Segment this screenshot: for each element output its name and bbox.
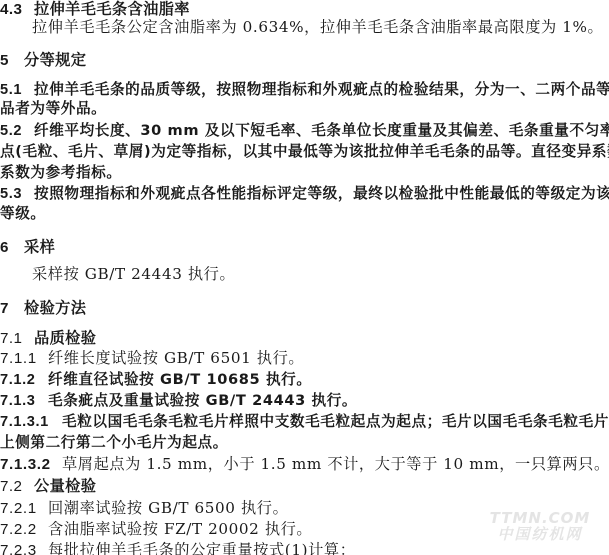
section-heading-7: 7检验方法 (0, 299, 606, 318)
clause-text: 毛条疵点及重量试验按 GB/T 24443 执行。 (48, 392, 357, 409)
clause-text: 拉伸羊毛毛条的品质等级，按照物理指标和外观疵点的检验结果，分为一、二两个品等。超… (34, 81, 609, 98)
watermark-line-1: TTMN.COM (480, 510, 600, 526)
subsection-title: 品质检验 (34, 329, 96, 347)
clause-number: 7.1.3 (0, 392, 48, 410)
section-heading-5: 5分等规定 (0, 51, 606, 70)
clause-7-2-3: 7.2.3每批拉伸羊毛毛条的公定重量按式(1)计算： (0, 541, 606, 555)
section-title: 分等规定 (24, 51, 86, 69)
clause-number: 7.1.3.1 (0, 413, 62, 431)
clause-7-1-3-2: 7.1.3.2草屑起点为 1.5 mm，小于 1.5 mm 不计，大于等于 10… (0, 455, 606, 474)
clause-5-3: 5.3按照物理指标和外观疵点各性能指标评定等级，最终以检验批中性能最低的等级定为… (0, 185, 606, 203)
clause-5-1: 5.1拉伸羊毛毛条的品质等级，按照物理指标和外观疵点的检验结果，分为一、二两个品… (0, 81, 606, 99)
section-title: 拉伸羊毛毛条含油脂率 (34, 0, 190, 18)
clause-number: 5.3 (0, 185, 34, 203)
clause-number: 7.1.3.2 (0, 456, 62, 474)
clause-text: 按照物理指标和外观疵点各性能指标评定等级，最终以检验批中性能最低的等级定为该批产… (34, 185, 609, 202)
clause-7-1-3: 7.1.3毛条疵点及重量试验按 GB/T 24443 执行。 (0, 392, 606, 410)
clause-text: 含油脂率试验按 FZ/T 20002 执行。 (48, 520, 312, 538)
clause-7-1-3-1: 7.1.3.1毛粒以国毛毛条毛粒毛片样照中支数毛毛粒起点为起点；毛片以国毛毛条毛… (0, 413, 606, 431)
clause-number: 7.1.1 (0, 350, 48, 368)
section-heading-4-3: 4.3拉伸羊毛毛条含油脂率 (0, 0, 606, 19)
clause-7-1-2: 7.1.2纤维直径试验按 GB/T 10685 执行。 (0, 371, 606, 389)
clause-continuation: 系数为参考指标。 (0, 164, 606, 182)
body-line: 采样按 GB/T 24443 执行。 (0, 265, 609, 283)
section-number: 6 (0, 239, 24, 257)
section-number: 5 (0, 52, 24, 70)
clause-number: 7.2.2 (0, 521, 48, 539)
clause-text: 纤维平均长度、30 mm 及以下短毛率、毛条单位长度重量及其偏差、毛条重量不匀率… (34, 122, 609, 139)
clause-number: 7.1.2 (0, 371, 48, 389)
subsection-number: 7.1 (0, 330, 34, 348)
clause-continuation: 上侧第二行第二个小毛片为起点。 (0, 434, 606, 452)
clause-number: 5.1 (0, 81, 34, 99)
section-number: 7 (0, 300, 24, 318)
watermark: TTMN.COM 中国纺机网 (480, 510, 600, 542)
clause-text: 草屑起点为 1.5 mm，小于 1.5 mm 不计，大于等于 10 mm，一只算… (62, 455, 609, 473)
subsection-heading-7-1: 7.1品质检验 (0, 329, 606, 348)
clause-continuation: 点(毛粒、毛片、草屑)为定等指标，以其中最低等为该批拉伸羊毛毛条的品等。直径变异… (0, 143, 606, 161)
clause-number: 7.2.3 (0, 542, 48, 555)
clause-text: 每批拉伸羊毛毛条的公定重量按式(1)计算： (48, 541, 356, 555)
clause-text: 回潮率试验按 GB/T 6500 执行。 (48, 499, 288, 517)
clause-5-2: 5.2纤维平均长度、30 mm 及以下短毛率、毛条单位长度重量及其偏差、毛条重量… (0, 122, 606, 140)
subsection-number: 7.2 (0, 478, 34, 496)
clause-continuation: 品者为等外品。 (0, 100, 606, 118)
subsection-title: 公量检验 (34, 477, 96, 495)
clause-number: 7.2.1 (0, 500, 48, 518)
section-heading-6: 6采样 (0, 238, 606, 257)
body-line: 拉伸羊毛毛条公定含油脂率为 0.634%，拉伸羊毛毛条含油脂率最高限度为 1%。 (0, 18, 609, 36)
section-number: 4.3 (0, 1, 34, 19)
clause-text: 纤维长度试验按 GB/T 6501 执行。 (48, 349, 304, 367)
clause-text: 毛粒以国毛毛条毛粒毛片样照中支数毛毛粒起点为起点；毛片以国毛毛条毛粒毛片样照中左 (62, 413, 609, 430)
subsection-heading-7-2: 7.2公量检验 (0, 477, 606, 496)
clause-number: 5.2 (0, 122, 34, 140)
section-title: 采样 (24, 238, 55, 256)
clause-7-1-1: 7.1.1纤维长度试验按 GB/T 6501 执行。 (0, 349, 606, 368)
watermark-line-2: 中国纺机网 (480, 526, 600, 542)
section-title: 检验方法 (24, 299, 86, 317)
clause-text: 纤维直径试验按 GB/T 10685 执行。 (48, 371, 312, 388)
clause-continuation: 等级。 (0, 205, 606, 223)
